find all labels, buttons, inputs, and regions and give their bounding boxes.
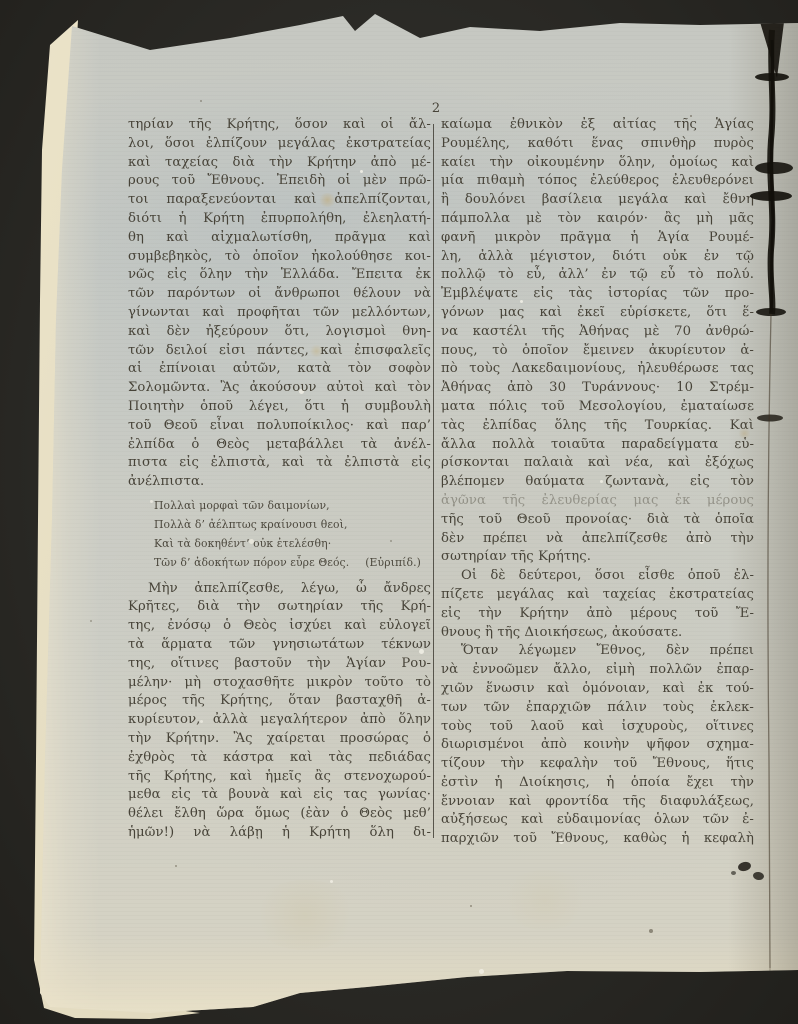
- paper-sheet: 2 τηρίαν τῆς Κρήτης, ὅσον καὶ οἱ ἄλ-λοι,…: [0, 0, 798, 1024]
- scan-background: 2 τηρίαν τῆς Κρήτης, ὅσον καὶ οἱ ἄλ-λοι,…: [0, 0, 798, 1024]
- binding-stitching: [0, 0, 798, 1024]
- ink-smudge: [731, 871, 736, 875]
